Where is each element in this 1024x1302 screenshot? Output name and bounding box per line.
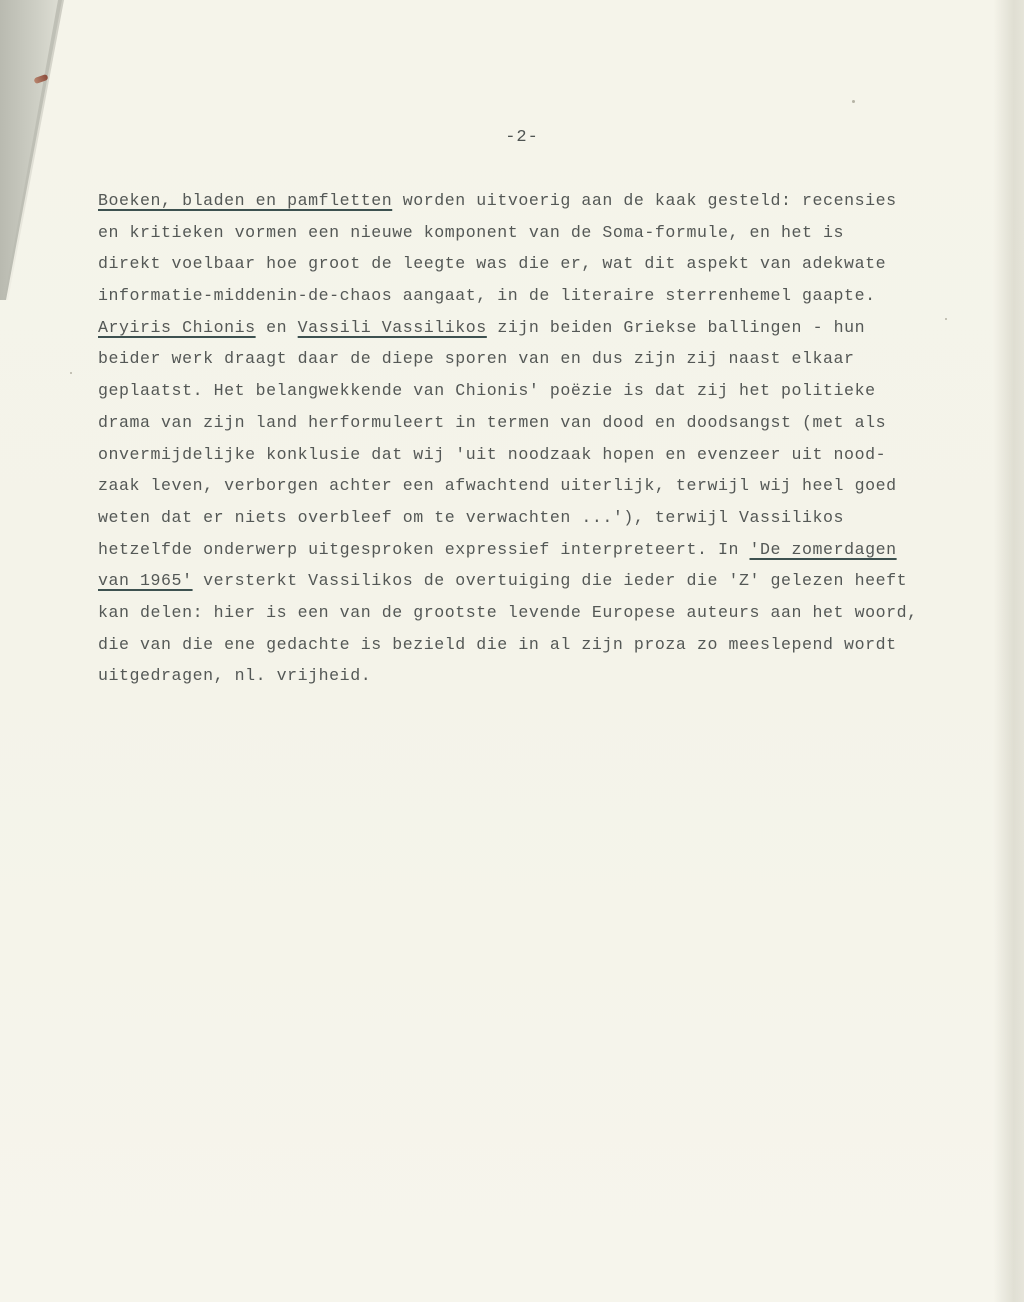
underlined-title: 'De zomerdagen (750, 540, 897, 559)
paper-speck (852, 100, 855, 103)
text-line: hetzelfde onderwerp uitgesproken express… (98, 534, 998, 566)
text-line: informatie-middenin-de-chaos aangaat, in… (98, 280, 998, 312)
text-segment: en kritieken vormen een nieuwe komponent… (98, 223, 844, 242)
text-line: drama van zijn land herformuleert in ter… (98, 407, 998, 439)
text-segment: kan delen: hier is een van de grootste l… (98, 603, 918, 622)
paper-speck (70, 372, 72, 374)
text-line: onvermijdelijke konklusie dat wij 'uit n… (98, 439, 998, 471)
document-body: Boeken, bladen en pamfletten worden uitv… (98, 185, 998, 692)
text-line: zaak leven, verborgen achter een afwacht… (98, 470, 998, 502)
text-segment: onvermijdelijke konklusie dat wij 'uit n… (98, 445, 886, 464)
text-line: direkt voelbaar hoe groot de leegte was … (98, 248, 998, 280)
underlined-title: Vassili Vassilikos (298, 318, 487, 337)
text-line: weten dat er niets overbleef om te verwa… (98, 502, 998, 534)
text-segment: direkt voelbaar hoe groot de leegte was … (98, 254, 886, 273)
underlined-title: van 1965' (98, 571, 193, 590)
underlined-title: Aryiris Chionis (98, 318, 256, 337)
text-segment: en (256, 318, 298, 337)
text-segment: drama van zijn land herformuleert in ter… (98, 413, 886, 432)
text-segment: versterkt Vassilikos de overtuiging die … (193, 571, 908, 590)
text-line: kan delen: hier is een van de grootste l… (98, 597, 998, 629)
text-segment: informatie-middenin-de-chaos aangaat, in… (98, 286, 876, 305)
text-segment: hetzelfde onderwerp uitgesproken express… (98, 540, 750, 559)
text-segment: beider werk draagt daar de diepe sporen … (98, 349, 855, 368)
page-number: -2- (0, 128, 1024, 147)
text-line: beider werk draagt daar de diepe sporen … (98, 343, 998, 375)
text-line: en kritieken vormen een nieuwe komponent… (98, 217, 998, 249)
text-segment: zaak leven, verborgen achter een afwacht… (98, 476, 897, 495)
text-segment: geplaatst. Het belangwekkende van Chioni… (98, 381, 876, 400)
text-segment: weten dat er niets overbleef om te verwa… (98, 508, 844, 527)
text-line: Boeken, bladen en pamfletten worden uitv… (98, 185, 998, 217)
text-line: Aryiris Chionis en Vassili Vassilikos zi… (98, 312, 998, 344)
text-segment: zijn beiden Griekse ballingen - hun (487, 318, 865, 337)
underlined-title: Boeken, bladen en pamfletten (98, 191, 392, 210)
text-line: geplaatst. Het belangwekkende van Chioni… (98, 375, 998, 407)
text-line: van 1965' versterkt Vassilikos de overtu… (98, 565, 998, 597)
text-line: uitgedragen, nl. vrijheid. (98, 660, 998, 692)
text-segment: uitgedragen, nl. vrijheid. (98, 666, 371, 685)
text-segment: die van die ene gedachte is bezield die … (98, 635, 897, 654)
text-line: die van die ene gedachte is bezield die … (98, 629, 998, 661)
text-segment: worden uitvoerig aan de kaak gesteld: re… (392, 191, 896, 210)
